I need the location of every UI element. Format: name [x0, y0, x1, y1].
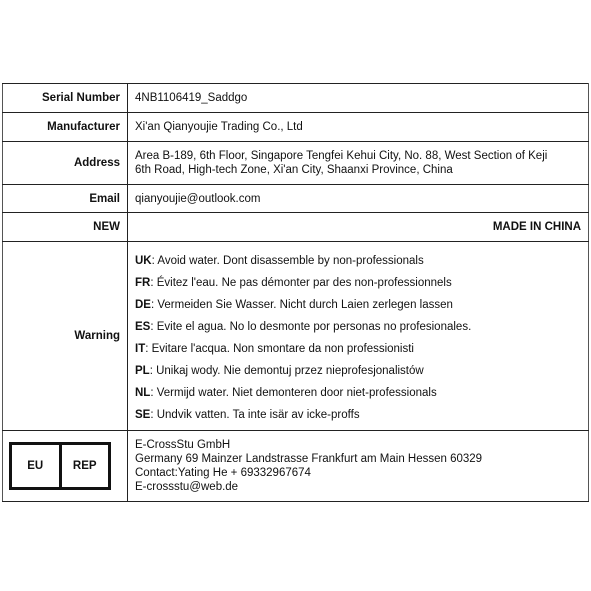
row-warning: Warning UK: Avoid water. Dont disassembl… — [3, 242, 589, 431]
warning-item-fr: FR: Évitez l'eau. Ne pas démonter par de… — [135, 276, 581, 290]
warning-item-de: DE: Vermeiden Sie Wasser. Nicht durch La… — [135, 298, 581, 312]
rep-badge: REP — [59, 445, 109, 487]
eu-rep-symbol: EU REP — [9, 442, 111, 490]
serial-number-value: 4NB1106419_Saddgo — [128, 84, 589, 113]
made-in-china-text: MADE IN CHINA — [128, 213, 589, 242]
warning-code: ES — [135, 321, 150, 333]
row-manufacturer: Manufacturer Xi'an Qianyoujie Trading Co… — [3, 113, 589, 142]
row-serial-number: Serial Number 4NB1106419_Saddgo — [3, 84, 589, 113]
eu-rep-email: E-crossstu@web.de — [135, 480, 581, 494]
warning-code: UK — [135, 255, 152, 267]
address-label: Address — [3, 142, 128, 185]
warning-text: : Évitez l'eau. Ne pas démonter par des … — [150, 277, 451, 289]
warning-code: FR — [135, 277, 150, 289]
eu-badge: EU — [12, 445, 59, 487]
warning-list: UK: Avoid water. Dont disassemble by non… — [135, 250, 581, 422]
warning-list-cell: UK: Avoid water. Dont disassemble by non… — [128, 242, 589, 431]
eu-rep-company: E-CrossStu GmbH — [135, 438, 581, 452]
warning-code: NL — [135, 387, 150, 399]
serial-number-label: Serial Number — [3, 84, 128, 113]
warning-code: DE — [135, 299, 151, 311]
warning-item-it: IT: Evitare l'acqua. Non smontare da non… — [135, 342, 581, 356]
row-email: Email qianyoujie@outlook.com — [3, 185, 589, 213]
warning-text: : Unikaj wody. Nie demontuj przez niepro… — [150, 365, 424, 377]
address-line-2: 6th Road, High-tech Zone, Xi'an City, Sh… — [135, 163, 581, 177]
address-value: Area B-189, 6th Floor, Singapore Tengfei… — [128, 142, 589, 185]
warning-label: Warning — [3, 242, 128, 431]
warning-item-nl: NL: Vermijd water. Niet demonteren door … — [135, 386, 581, 400]
manufacturer-value: Xi'an Qianyoujie Trading Co., Ltd — [128, 113, 589, 142]
email-value: qianyoujie@outlook.com — [128, 185, 589, 213]
eu-rep-details: E-CrossStu GmbH Germany 69 Mainzer Lands… — [128, 431, 589, 502]
warning-text: : Undvik vatten. Ta inte isär av icke-pr… — [150, 409, 359, 421]
address-line-1: Area B-189, 6th Floor, Singapore Tengfei… — [135, 149, 581, 163]
warning-text: : Vermeiden Sie Wasser. Nicht durch Laie… — [151, 299, 453, 311]
warning-code: SE — [135, 409, 150, 421]
warning-item-es: ES: Evite el agua. No lo desmonte por pe… — [135, 320, 581, 334]
warning-text: : Evite el agua. No lo desmonte por pers… — [150, 321, 471, 333]
eu-rep-address: Germany 69 Mainzer Landstrasse Frankfurt… — [135, 452, 581, 466]
warning-item-uk: UK: Avoid water. Dont disassemble by non… — [135, 254, 581, 268]
warning-text: : Evitare l'acqua. Non smontare da non p… — [145, 343, 414, 355]
warning-code: PL — [135, 365, 150, 377]
warning-text: : Vermijd water. Niet demonteren door ni… — [150, 387, 436, 399]
eu-rep-symbol-cell: EU REP — [3, 431, 128, 502]
new-label: NEW — [3, 213, 128, 242]
row-eu-rep: EU REP E-CrossStu GmbH Germany 69 Mainze… — [3, 431, 589, 502]
product-label-table: Serial Number 4NB1106419_Saddgo Manufact… — [2, 83, 589, 502]
row-address: Address Area B-189, 6th Floor, Singapore… — [3, 142, 589, 185]
warning-item-pl: PL: Unikaj wody. Nie demontuj przez niep… — [135, 364, 581, 378]
manufacturer-label: Manufacturer — [3, 113, 128, 142]
email-label: Email — [3, 185, 128, 213]
eu-rep-contact: Contact:Yating He + 69332967674 — [135, 466, 581, 480]
warning-code: IT — [135, 343, 145, 355]
warning-item-se: SE: Undvik vatten. Ta inte isär av icke-… — [135, 408, 581, 422]
row-new: NEW MADE IN CHINA — [3, 213, 589, 242]
warning-text: : Avoid water. Dont disassemble by non-p… — [152, 255, 424, 267]
